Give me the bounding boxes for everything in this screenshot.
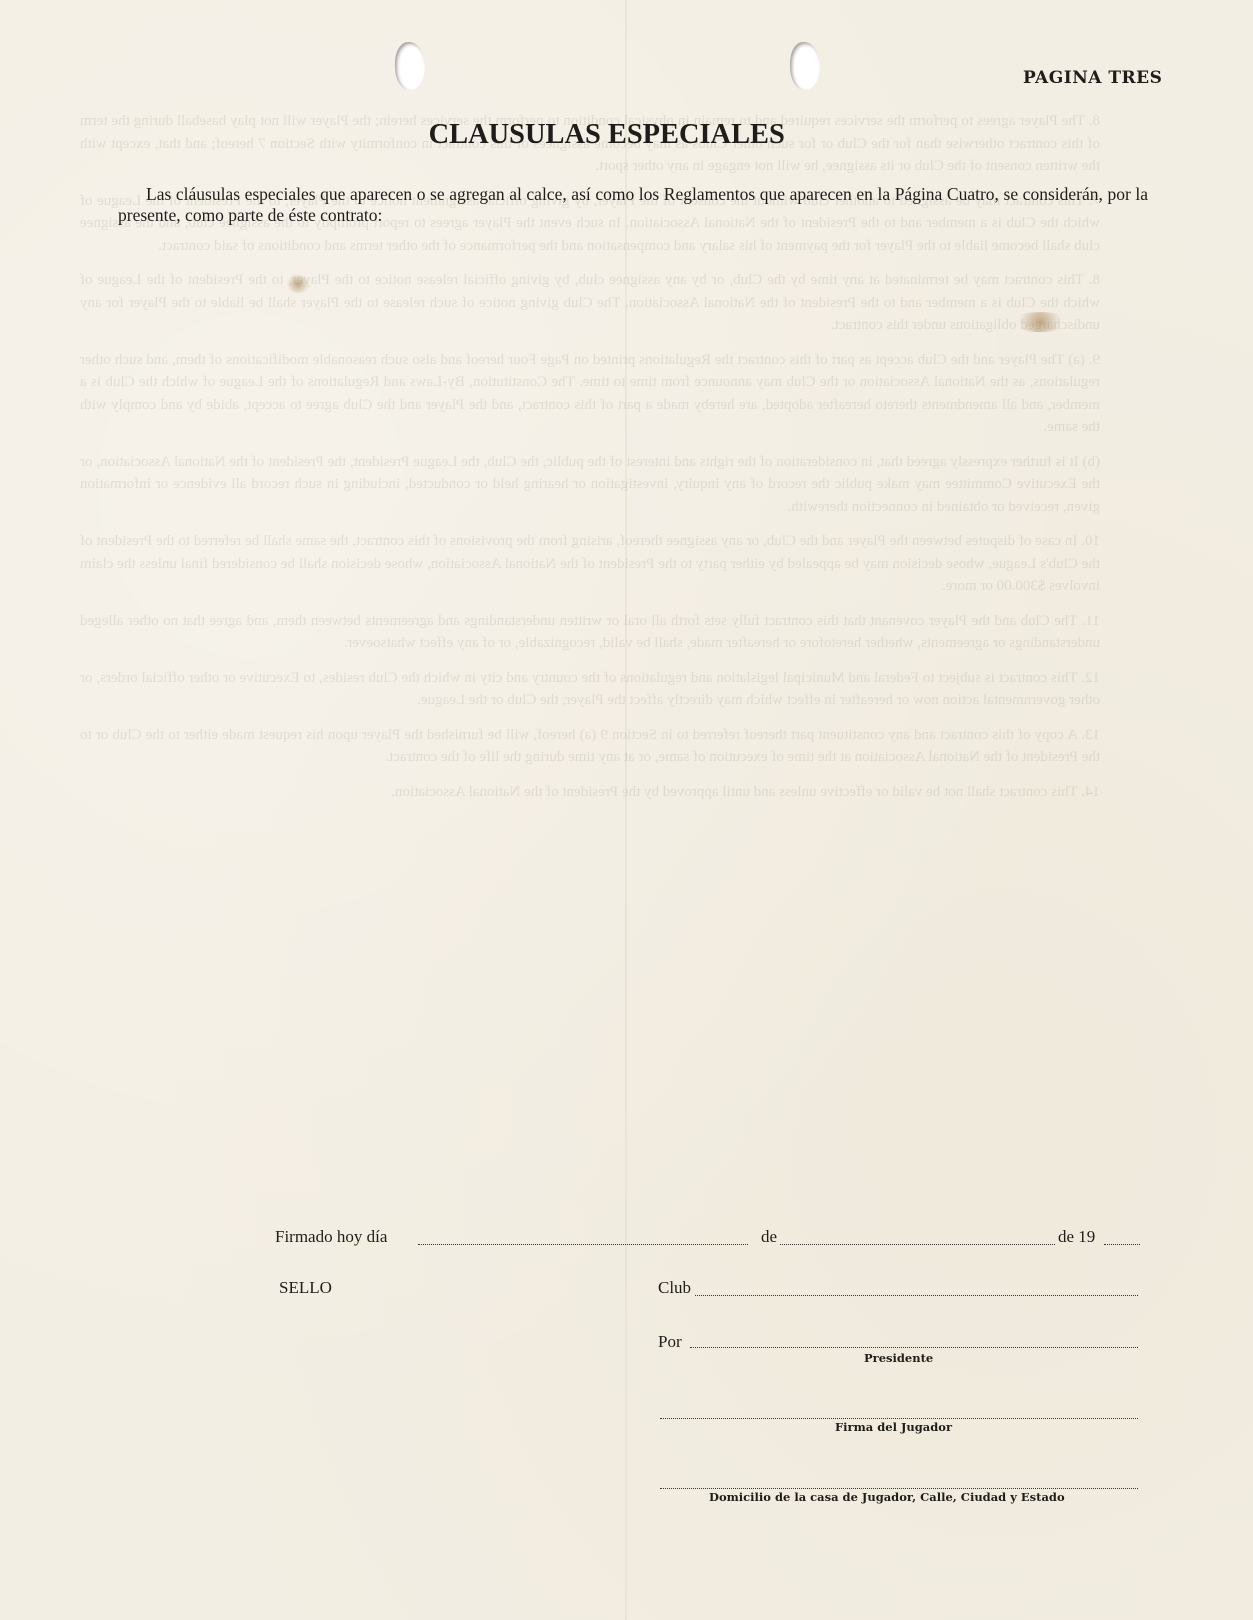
address-field[interactable] [660,1488,1138,1489]
year-field[interactable] [1104,1244,1140,1245]
player-signature-caption: Firma del Jugador [835,1420,952,1434]
signed-day-label: Firmado hoy día [275,1227,387,1247]
stain-mark [285,275,311,293]
page-title: CLAUSULAS ESPECIALES [429,118,785,151]
month-field[interactable] [780,1244,1055,1245]
address-caption: Domicilio de la casa de Jugador, Calle, … [709,1490,1065,1504]
seal-label: SELLO [279,1278,332,1298]
punch-hole-right [790,42,820,90]
intro-paragraph: Las cláusulas especiales que aparecen o … [118,184,1148,226]
month-de-label: de [761,1227,777,1247]
day-field[interactable] [418,1244,748,1245]
stain-mark [1012,312,1068,332]
club-field[interactable] [695,1295,1138,1296]
president-caption: Presidente [864,1351,933,1365]
punch-hole-left [395,42,425,90]
year-label: de 19 [1058,1227,1095,1247]
player-signature-field[interactable] [660,1418,1138,1419]
por-field[interactable] [690,1347,1138,1348]
por-label: Por [658,1332,682,1352]
club-label: Club [658,1278,691,1298]
paper-fold [625,0,627,1620]
page-label: PAGINA TRES [1023,68,1162,88]
